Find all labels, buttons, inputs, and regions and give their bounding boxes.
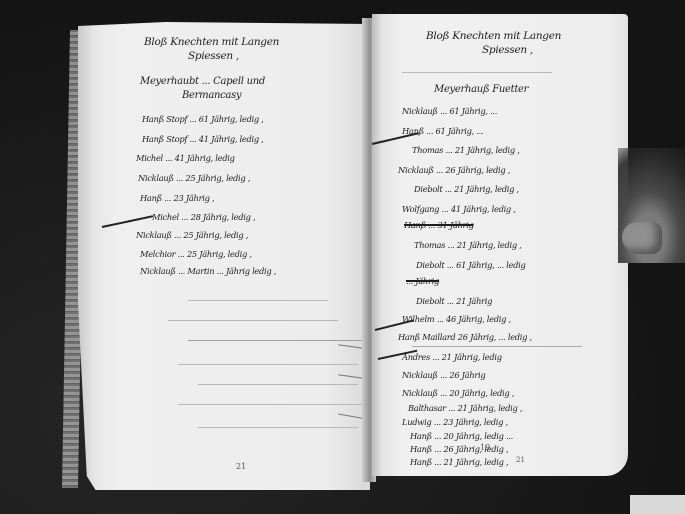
table-surface [630,495,685,514]
right-entry: Nicklauß ... 61 Jährig, ... [402,106,497,116]
right-entry: Hanß ... 21 Jährig, ledig , [410,457,508,467]
right-entry: Wilhelm ... 46 Jährig, ledig , [402,314,511,324]
right-subheading: Meyerhauß Fuetter [434,84,528,95]
faint-bleedthrough-line [188,340,370,341]
left-entry: Melchior ... 25 Jährig, ledig , [140,249,252,259]
right-entry: Diebolt ... 21 Jährig, ledig , [414,184,519,194]
left-entry: Michel ... 41 Jährig, ledig [136,153,235,163]
faint-underline [412,346,582,347]
right-entry: Hanß Maillard 26 Jährig, ... ledig , [398,332,532,342]
right-page-folio: 21 [516,456,525,464]
faint-bleedthrough-line [198,427,358,428]
left-entry: Michel ... 28 Jährig, ledig , [152,212,255,222]
left-page-number: 21 [236,462,246,471]
thumb [622,222,662,254]
right-entry: Wolfgang ... 41 Jährig, ledig , [402,204,516,214]
faint-bleedthrough-line [402,72,552,73]
faint-bleedthrough-line [188,300,328,301]
faint-bleedthrough-line [198,384,358,385]
faint-bleedthrough-line [178,364,358,365]
right-entry: Balthasar ... 21 Jährig, ledig , [408,403,522,413]
faint-bleedthrough-line [168,320,338,321]
left-subheading-line-1: Meyerhaubt ... Capell und [140,76,265,87]
right-entry: Nicklauß ... 26 Jährig, ledig , [398,165,510,175]
left-page: Bloß Knechten mit Langen Spiessen , Meye… [78,22,370,490]
right-entry: Nicklauß ... 20 Jährig, ledig , [402,388,514,398]
left-subheading-line-2: Bermancasy [182,90,241,101]
right-entry: Andres ... 21 Jährig, ledig [402,352,502,362]
right-entry-struck: ... Jährig [406,276,439,286]
left-entry: Nicklauß ... 25 Jährig, ledig , [138,173,250,183]
left-entry: Hanß Stopf ... 61 Jährig, ledig , [142,114,264,124]
left-entry: Nicklauß ... Martin ... Jährig ledig , [140,266,276,276]
left-entry: Hanß ... 23 Jährig , [140,193,214,203]
right-entry: Nicklauß ... 26 Jährig [402,370,485,380]
right-entry: Hanß ... 20 Jährig, ledig ... [410,431,513,441]
left-heading-line-2: Spiessen , [188,50,239,62]
right-entry-struck: Hanß ... 31 Jährig [404,220,474,230]
faint-bleedthrough-line [178,404,368,405]
left-entry: Nicklauß ... 25 Jährig, ledig , [136,230,248,240]
right-page: Bloß Knechten mit Langen Spiessen , Meye… [372,14,628,476]
left-heading-line-1: Bloß Knechten mit Langen [144,36,279,48]
right-entry: Diebolt ... 61 Jährig, ... ledig [416,260,526,270]
right-entry: Ludwig ... 23 Jährig, ledig , [402,417,508,427]
right-heading-line-2: Spiessen , [482,44,533,56]
right-entry: Hanß ... 26 Jährig, ledig , [410,444,508,454]
left-entry: Hanß Stopf ... 41 Jährig, ledig , [142,134,264,144]
right-heading-line-1: Bloß Knechten mit Langen [426,30,561,42]
right-entry: Thomas ... 21 Jährig, ledig , [412,145,520,155]
right-entry: Thomas ... 21 Jährig, ledig , [414,240,522,250]
right-entry: Diebolt ... 21 Jährig [416,296,492,306]
right-page-number: 19 [480,443,490,452]
